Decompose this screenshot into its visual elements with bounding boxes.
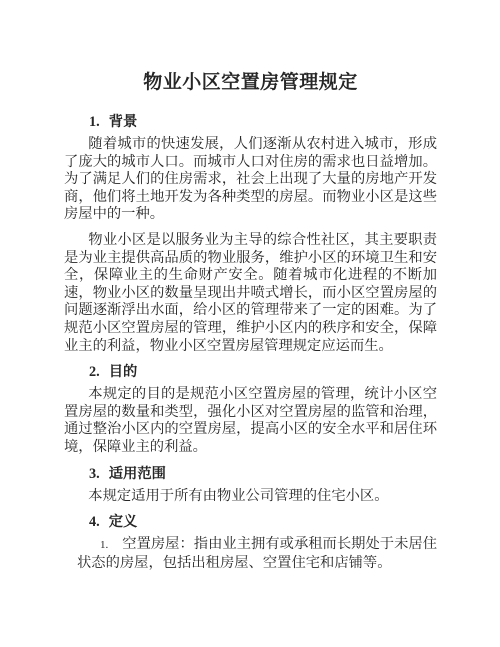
section-number: 4. bbox=[89, 513, 100, 531]
section-heading-label: 背景 bbox=[109, 114, 138, 130]
section-heading: 1.背景 bbox=[89, 113, 437, 131]
section-number: 1. bbox=[89, 113, 100, 131]
document-content: 物业小区空置房管理规定 1.背景 随着城市的快速发展，人们逐渐从农村进入城市，形… bbox=[64, 0, 437, 572]
document-title: 物业小区空置房管理规定 bbox=[64, 71, 437, 95]
section-heading: 2.目的 bbox=[89, 363, 437, 381]
section-purpose: 2.目的 本规定的目的是规范小区空置房屋的管理，统计小区空置房屋的数量和类型，强… bbox=[64, 363, 437, 456]
list-item: 1.空置房屋：指由业主拥有或承租而长期处于未居住状态的房屋，包括出租房屋、空置住… bbox=[77, 536, 437, 572]
section-scope: 3.适用范围 本规定适用于所有由物业公司管理的住宅小区。 bbox=[64, 465, 437, 506]
paragraph: 随着城市的快速发展，人们逐渐从农村进入城市，形成了庞大的城市人口。而城市人口对住… bbox=[64, 136, 437, 224]
section-definitions: 4.定义 1.空置房屋：指由业主拥有或承租而长期处于未居住状态的房屋，包括出租房… bbox=[64, 513, 437, 572]
document-page: 物业小区空置房管理规定 1.背景 随着城市的快速发展，人们逐渐从农村进入城市，形… bbox=[0, 0, 500, 647]
list-item-text: 空置房屋：指由业主拥有或承租而长期处于未居住状态的房屋，包括出租房屋、空置住宅和… bbox=[77, 536, 437, 571]
section-background: 1.背景 随着城市的快速发展，人们逐渐从农村进入城市，形成了庞大的城市人口。而城… bbox=[64, 113, 437, 355]
section-heading-label: 适用范围 bbox=[109, 466, 166, 482]
section-heading-label: 定义 bbox=[109, 514, 138, 530]
section-heading: 4.定义 bbox=[89, 513, 437, 531]
paragraph: 本规定适用于所有由物业公司管理的住宅小区。 bbox=[64, 488, 437, 506]
section-heading-label: 目的 bbox=[109, 364, 138, 380]
section-number: 2. bbox=[89, 363, 100, 381]
section-heading: 3.适用范围 bbox=[89, 465, 437, 483]
paragraph: 物业小区是以服务业为主导的综合性社区，其主要职责是为业主提供高品质的物业服务，维… bbox=[64, 232, 437, 355]
section-number: 3. bbox=[89, 465, 100, 483]
list-item-number: 1. bbox=[100, 539, 122, 551]
paragraph: 本规定的目的是规范小区空置房屋的管理，统计小区空置房屋的数量和类型，强化小区对空… bbox=[64, 386, 437, 456]
